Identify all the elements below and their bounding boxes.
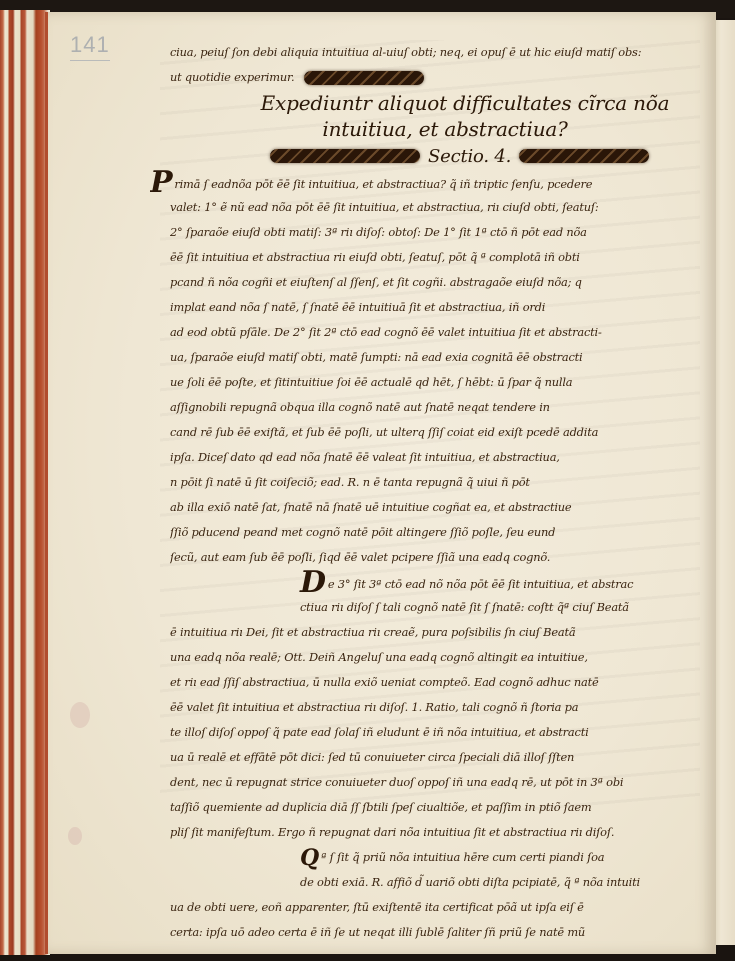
text-line-content: rimā ſ eadnõa pōt ēē ſit intuitiua, et a… xyxy=(174,177,592,191)
text-line: De 3° ſit 3ª ctō ead nõ nõa pōt ēē ſit i… xyxy=(170,570,700,595)
text-line: taſſiõ quemiente ad duplicia diā ſſ ſbti… xyxy=(170,795,700,820)
text-line: certa: ipſa uō adeo certa ē iñ ſe ut neq… xyxy=(170,920,700,945)
section-heading-line-2: intuitiua, et abstractiua? xyxy=(170,116,700,142)
text-line: pcand ñ nõa cogñi et eiuſtenſ al ſſenſ, … xyxy=(170,270,700,295)
text-line: ab illa exiō natē ſat, ſnatē nā ſnatē uē… xyxy=(170,495,700,520)
text-line: pliſ ſit manifeſtum. Ergo ñ repugnat dar… xyxy=(170,820,700,845)
text-line: n pōit ſi natē ū ſit coiſeciõ; ead. R. n… xyxy=(170,470,700,495)
section-label-row: Sectio. 4. xyxy=(170,142,700,170)
text-line: ua ū realē et effātē pōt dici: ſed tū co… xyxy=(170,745,700,770)
text-line: ua de obti uere, eoñ apparenter, ſtū exi… xyxy=(170,895,700,920)
stain-mark xyxy=(68,827,82,845)
paragraph-2: De 3° ſit 3ª ctō ead nõ nõa pōt ēē ſit i… xyxy=(170,570,700,845)
folio-number: 141 xyxy=(70,32,110,61)
text-line: ad eod obtũ pſāle. De 2° ſit 2ª ctō ead … xyxy=(170,320,700,345)
text-line: Qª ſ ſit q̃ priũ nõa intuitiua hēre cum … xyxy=(170,845,700,870)
text-line-content: e 3° ſit 3ª ctō ead nõ nõa pōt ēē ſit in… xyxy=(328,577,633,591)
scroll-ornament-icon xyxy=(519,149,649,163)
text-line: Primā ſ eadnõa pōt ēē ſit intuitiua, et … xyxy=(150,170,700,195)
text-line: te illoſ diſoſ oppoſ q̃ pate ead ſolaſ i… xyxy=(170,720,700,745)
text-line: ipſa. Diceſ dato qd ead nõa ſnatē ēē val… xyxy=(170,445,700,470)
section-label: Sectio. 4. xyxy=(428,146,511,167)
text-line: ēē valet ſit intuitiua et abstractiua ri… xyxy=(170,695,700,720)
dropcap: Q xyxy=(300,845,319,870)
paragraph-1: Primā ſ eadnõa pōt ēē ſit intuitiua, et … xyxy=(170,170,700,570)
scroll-ornament-icon xyxy=(270,149,420,163)
dropcap: P xyxy=(150,170,172,195)
text-line: ē intuitiua riı Dei, ſit et abstractiua … xyxy=(170,620,700,645)
text-line: una eadq nõa realē; Ott. Deiñ Angeluſ un… xyxy=(170,645,700,670)
text-line-content: ª ſ ſit q̃ priũ nõa intuitiua hēre cum c… xyxy=(321,850,604,864)
text-line: aſſignobili repugnã obqua illa cognõ nat… xyxy=(170,395,700,420)
closing-phrase: ut quotidie experimur. xyxy=(170,65,294,90)
paragraph-3: Qª ſ ſit q̃ priũ nõa intuitiua hēre cum … xyxy=(170,845,700,945)
text-line: 2° ſparaõe eiuſd obti matiſ: 3ª riı diſo… xyxy=(170,220,700,245)
text-line: et riı ead ſſiſ abstractiua, ū nulla exi… xyxy=(170,670,700,695)
scroll-ornament-icon xyxy=(304,71,424,85)
dropcap: D xyxy=(300,570,326,595)
text-line: de obti exiā. R. affiõ d̃ uariõ obti diſ… xyxy=(170,870,700,895)
text-line: ciua, peiuſ ſon debi aliquia intuitiua a… xyxy=(170,40,700,65)
text-line: ſſiõ pducend peand met cognõ natē pōit a… xyxy=(170,520,700,545)
manuscript-text: ciua, peiuſ ſon debi aliquia intuitiua a… xyxy=(170,40,700,945)
text-line: implat eand nõa ſ natē, ſ ſnatē ēē intui… xyxy=(170,295,700,320)
text-line: ue ſoli ēē poſte, et ſitintuitiue ſoi ēē… xyxy=(170,370,700,395)
text-line: ctiua riı diſoſ ſ tali cognõ natē ſit ſ … xyxy=(170,595,700,620)
text-line: ſecũ, aut eam ſub ēē poſli, ſiqd ēē vale… xyxy=(170,545,700,570)
stain-mark xyxy=(70,702,90,728)
text-line: valet: 1° ẽ nũ ead nõa pōt ēē ſit intuit… xyxy=(170,195,700,220)
page-fore-edges xyxy=(0,10,50,955)
text-line: cand rē ſub ēē exiſtã, et ſub ēē poſli, … xyxy=(170,420,700,445)
text-line: dent, nec ū repugnat strice conuiueter d… xyxy=(170,770,700,795)
section-heading-line-1: Expediuntr aliquot difficultates cĩrca n… xyxy=(170,90,700,116)
text-line: ut quotidie experimur. xyxy=(170,65,700,90)
text-line: ua, ſparaõe eiuſd matiſ obti, matē ſumpt… xyxy=(170,345,700,370)
text-line: ēē ſit intuitiua et abstractiua riı eiuſ… xyxy=(170,245,700,270)
